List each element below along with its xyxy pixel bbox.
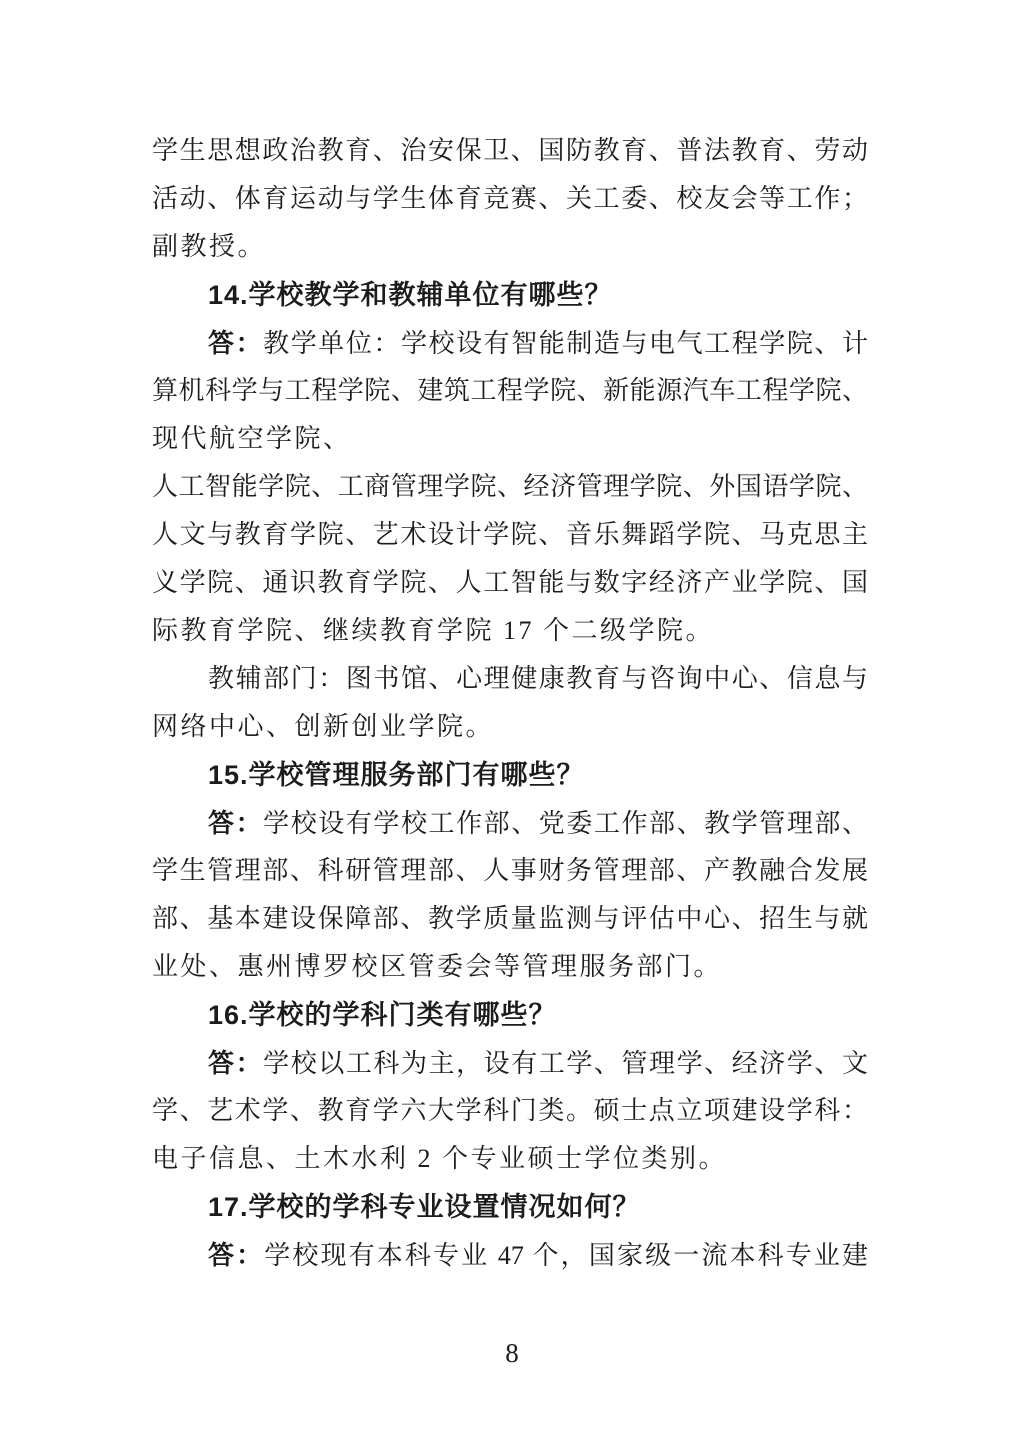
text-line: 学生管理部、科研管理部、人事财务管理部、产教融合发展 xyxy=(152,847,868,895)
answer-text: 学校设有学校工作部、党委工作部、教学管理部、 xyxy=(263,809,868,838)
text-line: 网络中心、创新创业学院。 xyxy=(152,703,868,751)
answer-prefix: 答： xyxy=(208,808,263,838)
text-line: 学生思想政治教育、治安保卫、国防教育、普法教育、劳动 xyxy=(152,127,868,175)
answer-line: 答：学校以工科为主，设有工学、管理学、经济学、文 xyxy=(152,1039,868,1087)
answer-prefix: 答： xyxy=(208,328,263,358)
text-line: 电子信息、土木水利 2 个专业硕士学位类别。 xyxy=(152,1135,868,1183)
answer-prefix: 答： xyxy=(208,1048,263,1078)
text-line: 学、艺术学、教育学六大学科门类。硕士点立项建设学科： xyxy=(152,1087,868,1135)
answer-text: 教学单位：学校设有智能制造与电气工程学院、计 xyxy=(263,329,868,358)
text-line: 际教育学院、继续教育学院 17 个二级学院。 xyxy=(152,607,868,655)
text-line: 义学院、通识教育学院、人工智能与数字经济产业学院、国 xyxy=(152,559,868,607)
text-line: 业处、惠州博罗校区管委会等管理服务部门。 xyxy=(152,943,868,991)
answer-line: 答：教学单位：学校设有智能制造与电气工程学院、计 xyxy=(152,319,868,367)
text-line: 现代航空学院、 xyxy=(152,415,868,463)
text-line: 部、基本建设保障部、教学质量监测与评估中心、招生与就 xyxy=(152,895,868,943)
answer-text: 学校以工科为主，设有工学、管理学、经济学、文 xyxy=(263,1049,868,1078)
document-page: 学生思想政治教育、治安保卫、国防教育、普法教育、劳动 活动、体育运动与学生体育竞… xyxy=(0,0,1024,1448)
text-line: 算机科学与工程学院、建筑工程学院、新能源汽车工程学院、 xyxy=(152,367,868,415)
answer-prefix: 答： xyxy=(208,1240,264,1270)
question-heading-17: 17.学校的学科专业设置情况如何？ xyxy=(152,1183,868,1231)
answer-line: 答：学校现有本科专业 47 个，国家级一流本科专业建 xyxy=(152,1231,868,1279)
text-line: 人文与教育学院、艺术设计学院、音乐舞蹈学院、马克思主 xyxy=(152,511,868,559)
text-line: 活动、体育运动与学生体育竞赛、关工委、校友会等工作； xyxy=(152,175,868,223)
answer-text: 学校现有本科专业 47 个，国家级一流本科专业建 xyxy=(264,1241,868,1270)
question-heading-16: 16.学校的学科门类有哪些？ xyxy=(152,991,868,1039)
answer-line: 答：学校设有学校工作部、党委工作部、教学管理部、 xyxy=(152,799,868,847)
page-number: 8 xyxy=(0,1338,1024,1369)
document-body: 学生思想政治教育、治安保卫、国防教育、普法教育、劳动 活动、体育运动与学生体育竞… xyxy=(152,127,868,1279)
text-line: 副教授。 xyxy=(152,223,868,271)
text-line: 人工智能学院、工商管理学院、经济管理学院、外国语学院、 xyxy=(152,463,868,511)
question-heading-14: 14.学校教学和教辅单位有哪些？ xyxy=(152,271,868,319)
question-heading-15: 15.学校管理服务部门有哪些？ xyxy=(152,751,868,799)
text-line: 教辅部门：图书馆、心理健康教育与咨询中心、信息与 xyxy=(152,655,868,703)
